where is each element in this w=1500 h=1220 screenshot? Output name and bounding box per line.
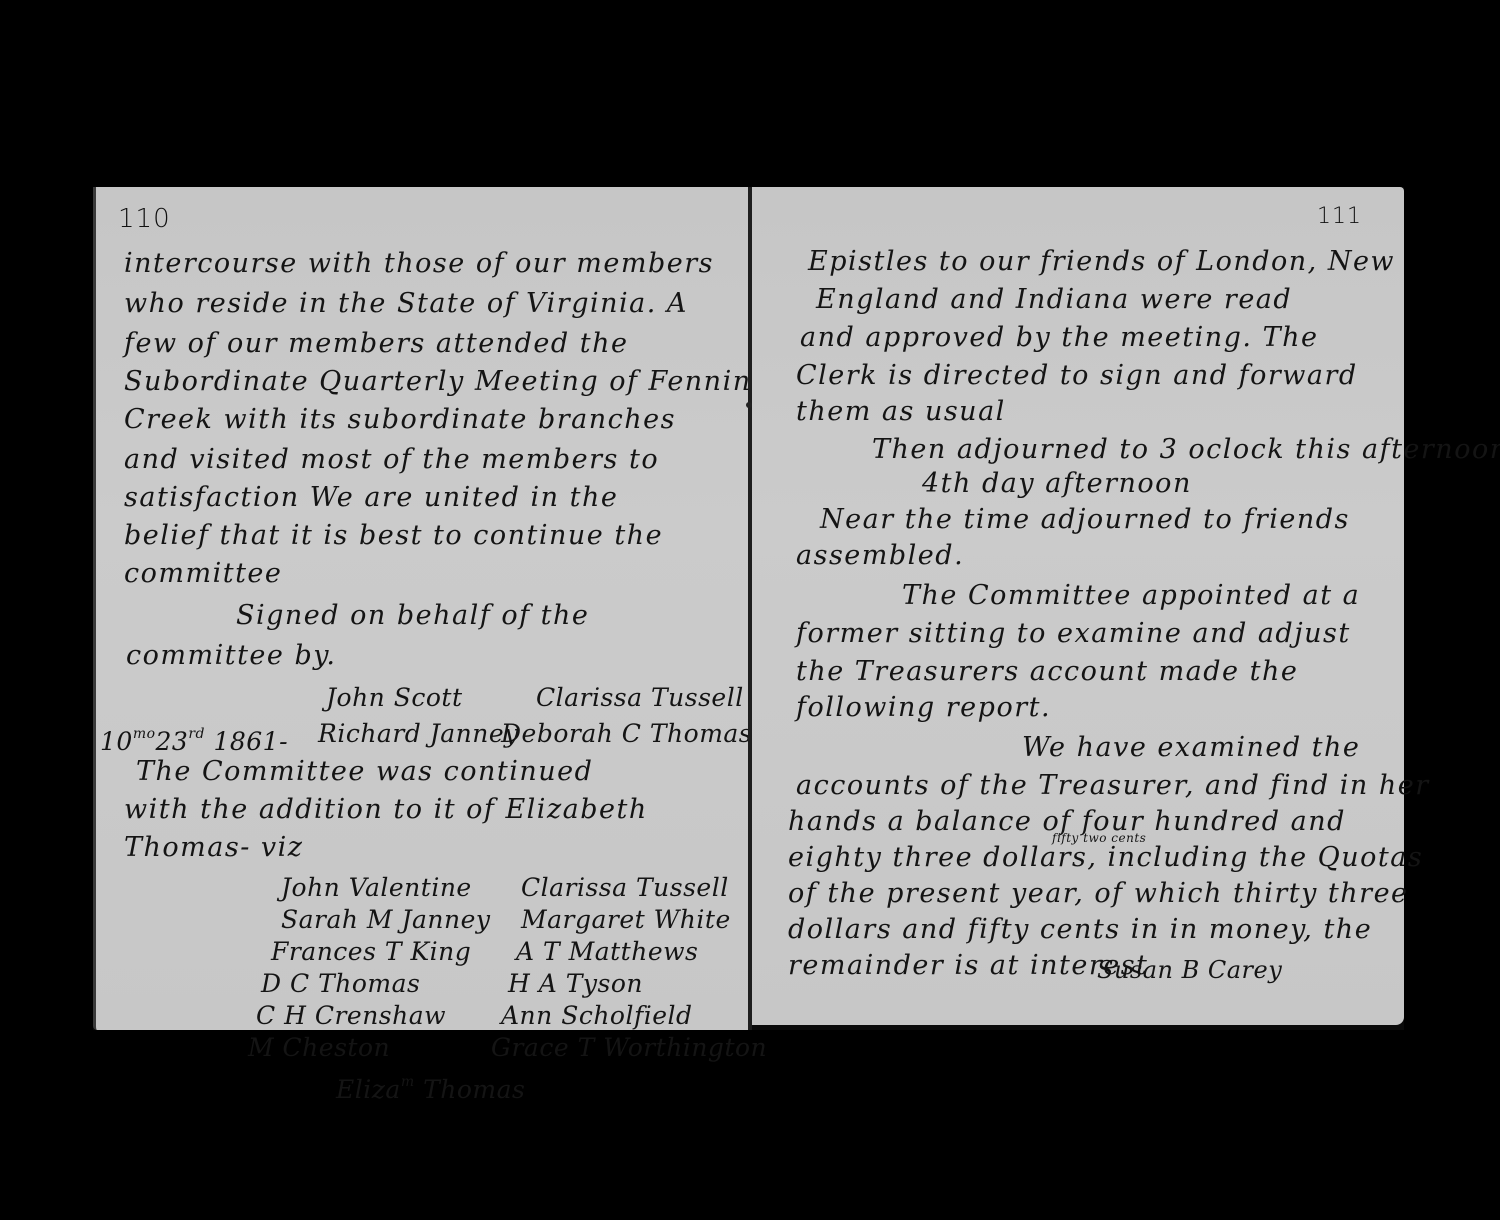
text-line: following report. [796,691,1051,725]
signatory-name: John Scott [326,683,463,713]
committee-member: Elizam Thomas [336,1067,525,1105]
text-line: The Committee appointed at a [902,579,1360,613]
signatory-name: Richard Janney [318,719,519,749]
left-page: 110 intercourse with those of our member… [93,187,750,1030]
committee-member: Ann Scholfield [501,1001,693,1031]
text-line: Then adjourned to 3 oclock this afternoo… [872,433,1500,467]
text-line: belief that it is best to continue the [124,519,663,553]
text-line: Signed on behalf of the [236,599,589,633]
entry-date: 10mo23rd 1861- [100,719,288,757]
text-line: committee [124,557,282,591]
text-line: We have examined the [1022,731,1360,765]
signatory-name: Clarissa Tussell [536,683,744,713]
text-line: with the addition to it of Elizabeth [124,793,648,827]
text-line: dollars and fifty cents in in money, the [788,913,1372,947]
text-line: and visited most of the members to [124,443,659,477]
open-ledger-book: 110 intercourse with those of our member… [93,187,1404,1030]
text-line: who reside in the State of Virginia. A [124,287,688,321]
text-line: Creek with its subordinate branches [124,403,676,437]
text-line: eighty three dollars, including the Quot… [788,841,1423,875]
text-line: Near the time adjourned to friends [820,503,1350,537]
text-line: Thomas- viz [124,831,304,865]
text-line: committee by. [126,639,337,673]
text-line: assembled. [796,539,964,573]
text-line: accounts of the Treasurer, and find in h… [796,769,1430,803]
committee-member: M Cheston [248,1033,390,1063]
committee-member: H A Tyson [508,969,643,999]
page-number-left: 110 [118,204,171,234]
committee-member: Grace T Worthington [491,1033,767,1063]
text-line: 4th day afternoon [922,467,1192,501]
text-line: and approved by the meeting. The [800,321,1318,355]
report-signatory: Susan B Carey [1097,955,1282,985]
signatory-name: Deborah C Thomas [501,719,752,749]
committee-member: A T Matthews [516,937,698,967]
text-line: Subordinate Quarterly Meeting of Fenning… [124,365,786,399]
committee-member: Clarissa Tussell [521,873,729,903]
text-line: former sitting to examine and adjust [796,617,1351,651]
committee-member: C H Crenshaw [256,1001,446,1031]
text-line: the Treasurers account made the [796,655,1298,689]
text-line: England and Indiana were read [816,283,1292,317]
text-line: them as usual [796,395,1006,429]
text-line: of the present year, of which thirty thr… [788,877,1409,911]
committee-member: Margaret White [521,905,731,935]
right-page: 111 Epistles to our friends of London, N… [752,187,1404,1025]
text-line: remainder is at interest [788,949,1148,983]
text-line: Clerk is directed to sign and forward [796,359,1358,393]
text-line: Epistles to our friends of London, New [808,245,1395,279]
text-line: The Committee was continued [136,755,593,789]
committee-member: Sarah M Janney [281,905,491,935]
committee-member: Frances T King [271,937,471,967]
text-line: satisfaction We are united in the [124,481,618,515]
committee-member: D C Thomas [261,969,420,999]
text-line: intercourse with those of our members [124,247,714,281]
text-line: few of our members attended the [124,327,628,361]
page-number-right: 111 [1317,204,1362,229]
committee-member: John Valentine [281,873,472,903]
